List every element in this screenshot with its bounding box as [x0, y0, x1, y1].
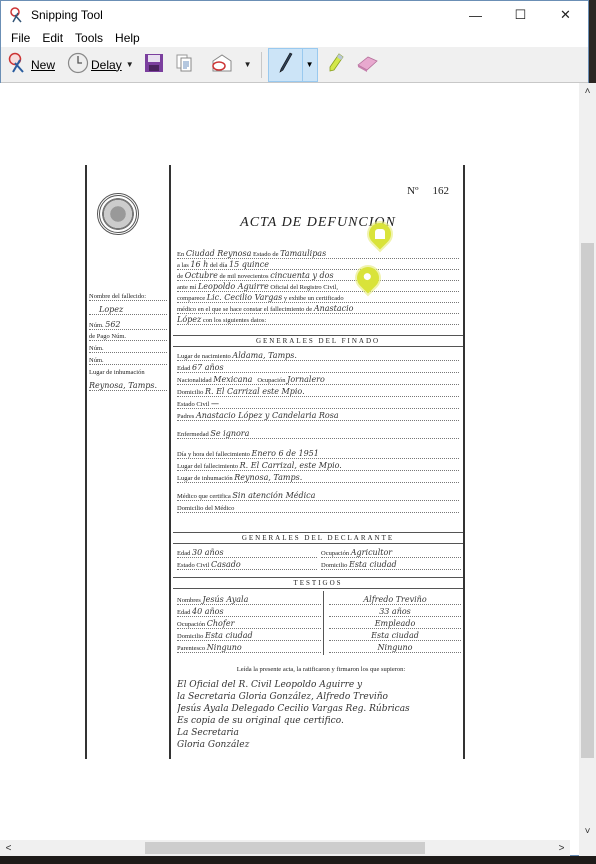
- certificate-title: ACTA DE DEFUNCION: [173, 215, 463, 231]
- stub-num2-label: Núm.: [89, 345, 167, 353]
- finado-value: Sin atención Médica: [232, 491, 315, 500]
- stub-name-value: Lopez: [89, 305, 167, 315]
- send-snip-button[interactable]: ▼: [207, 49, 255, 81]
- certificate-stub: Nombre del fallecido: Lopez Núm. 562 de …: [87, 165, 171, 759]
- finado-label: Domicilio del Médico: [177, 505, 234, 512]
- testigo-b-value: Esta ciudad: [329, 631, 461, 641]
- testigo-label: Domicilio: [177, 633, 203, 640]
- finado-row: Lugar del fallecimiento R. El Carrizal, …: [177, 461, 459, 471]
- intro-value2: Tamaulipas: [280, 249, 326, 258]
- finado-row: Domicilio R. El Carrizal este Mpio.: [177, 387, 459, 397]
- eraser-button[interactable]: [352, 49, 382, 81]
- finado-row: Estado Civil —: [177, 399, 459, 409]
- clock-icon: [67, 52, 89, 77]
- scroll-down-icon[interactable]: ˅: [579, 823, 596, 840]
- scissors-icon: [7, 52, 29, 77]
- testigo-a-value: Chofer: [207, 619, 235, 628]
- pen-dropdown-icon[interactable]: ▼: [303, 49, 317, 81]
- testigo-row: Nombres Jesús Ayala: [177, 595, 321, 605]
- finado-label: Nacionalidad: [177, 377, 212, 384]
- delay-button[interactable]: Delay ▼: [64, 49, 137, 81]
- intro-row: a las 16 h del día 15 quince: [177, 260, 459, 270]
- intro-label2: del día: [210, 262, 228, 269]
- intro-label: comparece: [177, 295, 205, 302]
- closing-handwriting: la Secretaria Gloria González, Alfredo T…: [177, 691, 459, 703]
- intro-label: ante mí: [177, 284, 196, 291]
- pen-icon: [275, 51, 295, 78]
- section-finado: GENERALES DEL FINADO: [173, 335, 463, 347]
- testigo-b-value: Ninguno: [329, 643, 461, 653]
- resize-grip-icon[interactable]: [579, 840, 596, 856]
- testigo-row: Ocupación Chofer: [177, 619, 321, 629]
- maximize-button[interactable]: ☐: [498, 1, 543, 29]
- testigo-a-value: Jesús Ayala: [202, 595, 248, 604]
- closing-handwriting: Es copia de su original que certifico.: [177, 715, 459, 727]
- window-title: Snipping Tool: [31, 8, 103, 22]
- finado-value: Aldama, Tamps.: [232, 351, 297, 360]
- finado-value: R. El Carrizal, este Mpio.: [240, 461, 342, 470]
- finado-row: Edad 67 años: [177, 363, 459, 373]
- menu-help[interactable]: Help: [109, 31, 146, 45]
- closing-handwriting: Jesús Ayala Delegado Cecilio Vargas Reg.…: [177, 703, 459, 715]
- copy-button[interactable]: [171, 49, 197, 81]
- intro-label2: Estado de: [253, 251, 278, 258]
- eraser-icon: [355, 53, 379, 76]
- finado-label: Domicilio: [177, 389, 203, 396]
- finado-value: 67 años: [192, 363, 224, 372]
- save-button[interactable]: [141, 49, 167, 81]
- testigo-b-value: Alfredo Treviño: [329, 595, 461, 605]
- toolbar-separator: [261, 52, 262, 78]
- intro-row: de Octubre de mil novecientos cincuenta …: [177, 271, 459, 281]
- send-dropdown-icon[interactable]: ▼: [244, 60, 252, 69]
- finado-row: Día y hora del fallecimiento Enero 6 de …: [177, 449, 459, 459]
- finado-label: Día y hora del fallecimiento: [177, 451, 250, 458]
- testigo-label: Parentesco: [177, 645, 205, 652]
- declarante-domicilio-value: Esta ciudad: [349, 560, 397, 569]
- finado-row: Domicilio del Médico: [177, 503, 459, 513]
- declarante-civil-value: Casado: [211, 560, 241, 569]
- testigo-a-value: Esta ciudad: [205, 631, 253, 640]
- pen-tool-group[interactable]: ▼: [268, 48, 318, 82]
- finado-row: Enfermedad Se ignora: [177, 429, 459, 439]
- testigo-label: Ocupación: [177, 621, 205, 628]
- intro-label2: Oficial del Registro Civil,: [270, 284, 338, 291]
- intro-row: ante mí Leopoldo Aguirre Oficial del Reg…: [177, 282, 459, 292]
- finado-label: Lugar del fallecimiento: [177, 463, 238, 470]
- menu-tools[interactable]: Tools: [69, 31, 109, 45]
- highlighter-button[interactable]: [322, 49, 348, 81]
- testigo-row: Edad 40 años: [177, 607, 321, 617]
- intro-value: Anastacio: [314, 304, 354, 313]
- intro-value: Leopoldo Aguirre: [198, 282, 269, 291]
- title-bar: Snipping Tool — ☐ ✕: [1, 1, 588, 29]
- closing-text: Leída la presente acta, la ratificaron y…: [183, 665, 459, 675]
- delay-label: Delay: [91, 58, 122, 72]
- stub-num-value: 562: [105, 320, 120, 329]
- finado-value: R. El Carrizal este Mpio.: [205, 387, 305, 396]
- new-button[interactable]: New: [4, 49, 58, 81]
- intro-value: Lic. Cecilio Vargas: [207, 293, 282, 302]
- official-seal-icon: [97, 193, 139, 235]
- intro-row: En Ciudad Reynosa Estado de Tamaulipas: [177, 249, 459, 259]
- scroll-left-icon[interactable]: <: [0, 840, 17, 856]
- intro-row: comparece Lic. Cecilio Vargas y exhibe u…: [177, 293, 459, 303]
- finado-label: Enfermedad: [177, 431, 209, 438]
- testigo-a-value: Ninguno: [207, 643, 242, 652]
- declarante-ocupacion-label: Ocupación: [321, 550, 349, 557]
- send-email-icon: [210, 52, 234, 77]
- finado-value2: Jornalero: [287, 375, 325, 384]
- closing-handwriting: El Oficial del R. Civil Leopoldo Aguirre…: [177, 679, 459, 691]
- menu-bar: File Edit Tools Help: [1, 29, 588, 47]
- declarante-ocupacion-value: Agricultor: [351, 548, 392, 557]
- finado-row: Lugar de inhumación Reynosa, Tamps.: [177, 473, 459, 483]
- intro-row: López con los siguientes datos:: [177, 315, 459, 325]
- minimize-button[interactable]: —: [453, 1, 498, 29]
- intro-label: En: [177, 251, 184, 258]
- testigo-label: Nombres: [177, 597, 201, 604]
- intro-label: a las: [177, 262, 189, 269]
- testigo-b-value: Empleado: [329, 619, 461, 629]
- number-value: 162: [433, 185, 450, 197]
- declarante-edad-value: 30 años: [192, 548, 224, 557]
- number-label: Nº: [407, 185, 418, 197]
- close-button[interactable]: ✕: [543, 1, 588, 29]
- death-certificate-image: Nombre del fallecido: Lopez Núm. 562 de …: [85, 165, 491, 759]
- testigo-row: Parentesco Ninguno: [177, 643, 321, 653]
- copy-icon: [174, 53, 194, 76]
- intro-label: médico en el que se hace constar el fall…: [177, 306, 312, 313]
- finado-value: Mexicana: [213, 375, 252, 384]
- menu-edit[interactable]: Edit: [36, 31, 69, 45]
- snip-canvas[interactable]: Nombre del fallecido: Lopez Núm. 562 de …: [0, 83, 570, 840]
- finado-value: Se ignora: [210, 429, 249, 438]
- intro-row: médico en el que se hace constar el fall…: [177, 304, 459, 314]
- closing-handwriting: Gloria González: [177, 739, 459, 751]
- taskbar: [0, 856, 596, 864]
- finado-label: Lugar de nacimiento: [177, 353, 231, 360]
- scroll-up-icon[interactable]: ˄: [579, 83, 596, 100]
- finado-value: Enero 6 de 1951: [252, 449, 319, 458]
- intro-value2: 15 quince: [229, 260, 269, 269]
- testigo-b-value: 33 años: [329, 607, 461, 617]
- new-label: New: [31, 58, 55, 72]
- section-testigos: TESTIGOS: [173, 577, 463, 589]
- finado-value: Anastacio López y Candelaria Rosa: [196, 411, 339, 420]
- intro-value: Ciudad Reynosa: [186, 249, 252, 258]
- finado-label: Edad: [177, 365, 190, 372]
- save-icon: [144, 53, 164, 76]
- finado-label: Lugar de inhumación: [177, 475, 233, 482]
- finado-row: Padres Anastacio López y Candelaria Rosa: [177, 411, 459, 421]
- finado-value: Reynosa, Tamps.: [234, 473, 302, 482]
- intro-label2: con los siguientes datos:: [203, 317, 266, 324]
- highlighter-icon: [325, 52, 345, 77]
- scissors-app-icon: [9, 7, 25, 23]
- stub-num3-label: Núm.: [89, 357, 167, 365]
- testigo-a-value: 40 años: [192, 607, 224, 616]
- finado-row: Lugar de nacimiento Aldama, Tamps.: [177, 351, 459, 361]
- declarante-edad-label: Edad: [177, 550, 190, 557]
- finado-label2: Ocupación: [257, 377, 285, 384]
- testigos-divider: [323, 591, 324, 655]
- delay-dropdown-icon[interactable]: ▼: [126, 60, 134, 69]
- stub-inhum-label: Lugar de inhumación: [89, 369, 167, 376]
- horizontal-scrollbar[interactable]: < >: [0, 840, 570, 856]
- closing-handwriting: La Secretaria: [177, 727, 459, 739]
- finado-value: —: [211, 399, 219, 408]
- finado-label: Médico que certifica: [177, 493, 231, 500]
- intro-value: Octubre: [185, 271, 218, 280]
- intro-label2: de mil novecientos: [219, 273, 268, 280]
- stub-num-label: Núm.: [89, 322, 104, 329]
- certificate-body: Nº162 ACTA DE DEFUNCION En Ciudad Reynos…: [173, 165, 465, 759]
- intro-value2: cincuenta y dos: [270, 271, 333, 280]
- intro-label: de: [177, 273, 183, 280]
- testigo-label: Edad: [177, 609, 190, 616]
- toolbar: New Delay ▼ ▼: [1, 47, 588, 83]
- horizontal-scroll-thumb[interactable]: [145, 842, 425, 854]
- menu-file[interactable]: File: [5, 31, 36, 45]
- intro-value: 16 h: [190, 260, 208, 269]
- section-declarante: GENERALES DEL DECLARANTE: [173, 532, 463, 544]
- stub-name-label: Nombre del fallecido:: [89, 293, 167, 301]
- finado-label: Padres: [177, 413, 194, 420]
- intro-value: López: [177, 315, 201, 324]
- intro-label2: y exhibe un certificado: [284, 295, 344, 302]
- declarante-civil-label: Estado Civil: [177, 562, 209, 569]
- finado-label: Estado Civil: [177, 401, 209, 408]
- declarante-domicilio-label: Domicilio: [321, 562, 347, 569]
- stub-inhum-value: Reynosa, Tamps.: [89, 381, 167, 391]
- finado-row: Nacionalidad Mexicana Ocupación Jornaler…: [177, 375, 459, 385]
- testigo-row: Domicilio Esta ciudad: [177, 631, 321, 641]
- vertical-scrollbar[interactable]: ˄ ˅: [579, 83, 596, 840]
- vertical-scroll-thumb[interactable]: [581, 243, 594, 758]
- scroll-right-icon[interactable]: >: [553, 840, 570, 856]
- stub-pago-label: de Pago Núm.: [89, 333, 167, 341]
- finado-row: Médico que certifica Sin atención Médica: [177, 491, 459, 501]
- pen-button[interactable]: [269, 49, 303, 81]
